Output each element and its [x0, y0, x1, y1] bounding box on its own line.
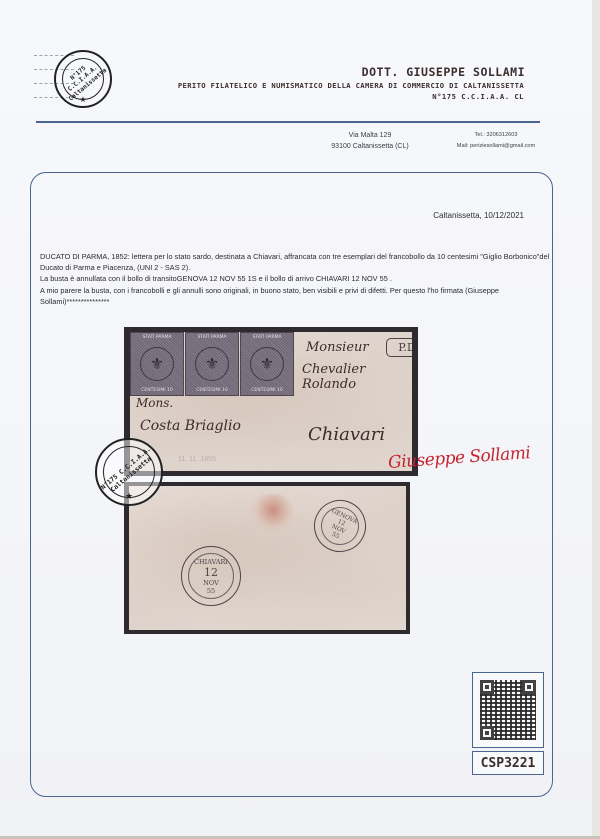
expert-title: PERITO FILATELICO E NUMISMATICO DELLA CA… [178, 81, 524, 90]
handwriting-line: Mons. [136, 396, 173, 410]
handwriting-line: Chevalier Rolando [302, 362, 412, 392]
expert-name: DOTT. GIUSEPPE SOLLAMI [362, 65, 525, 79]
fleur-de-lis-icon: ⚜ [250, 347, 284, 381]
faint-date-note: 11. 11. 1855 [178, 456, 216, 463]
address-street: Via Malta 129 [310, 130, 430, 141]
postage-stamp: STATI PARMA ⚜ CENTESIMI 10 [130, 332, 184, 396]
stamp-top-label: STATI PARMA [133, 334, 181, 341]
contact-phone: Tel.: 3206312603 [436, 130, 556, 141]
certificate-description: DUCATO DI PARMA, 1852: lettera per lo st… [40, 251, 552, 307]
header-divider [36, 121, 540, 123]
star-icon: ★ [125, 491, 133, 502]
contact-email: Mail: periziesollami@gmail.com [436, 141, 556, 152]
fleur-de-lis-icon: ⚜ [195, 347, 229, 381]
expert-registration: N°175 C.C.I.A.A. CL [432, 92, 524, 101]
place-date: Caltanissetta, 10/12/2021 [433, 211, 524, 220]
expert-seal-stamp: N°175 C.C.I.A.A. Caltanissetta ★ [54, 50, 112, 108]
certificate-code: CSP3221 [472, 751, 544, 775]
qr-finder [522, 680, 536, 694]
handwriting-line: Costa Briaglio [140, 418, 241, 434]
description-paragraph: La busta è annullata con il bollo di tra… [40, 273, 552, 284]
postmark-chiavari: CHIAVARI 12 NOV 55 [181, 546, 241, 606]
description-paragraph: A mio parere la busta, con i francobolli… [40, 285, 552, 307]
expert-address: Via Malta 129 93100 Caltanissetta (CL) [310, 130, 430, 152]
description-paragraph: DUCATO DI PARMA, 1852: lettera per lo st… [40, 251, 552, 273]
star-icon: ★ [79, 95, 86, 104]
wax-seal-remnant [249, 494, 293, 534]
expert-contact: Tel.: 3206312603 Mail: periziesollami@gm… [436, 130, 556, 152]
certificate-paper: N°175 C.C.I.A.A. Caltanissetta ★ DOTT. G… [0, 0, 592, 836]
postmark-day: 12 [337, 518, 347, 528]
stamp-bottom-label: CENTESIMI 10 [133, 387, 181, 394]
postmark-genova: GENOVA 12 NOV 55 [305, 491, 374, 560]
stamp-bottom-label: CENTESIMI 10 [188, 387, 236, 394]
postage-stamp: STATI PARMA ⚜ CENTESIMI 10 [240, 332, 294, 396]
postmark-month: NOV [203, 579, 219, 587]
envelope-back: GENOVA 12 NOV 55 CHIAVARI 12 NOV 55 [129, 486, 406, 630]
postage-stamp: STATI PARMA ⚜ CENTESIMI 10 [185, 332, 239, 396]
qr-code-box [472, 672, 544, 748]
postmark-year: 55 [207, 587, 215, 595]
stamp-top-label: STATI PARMA [243, 334, 291, 341]
envelope-photo-back: GENOVA 12 NOV 55 CHIAVARI 12 NOV 55 [124, 482, 410, 634]
qr-finder [480, 726, 494, 740]
address-city: 93100 Caltanissetta (CL) [310, 141, 430, 152]
handwriting-line: Chiavari [308, 424, 385, 445]
handwriting-line: Monsieur [306, 340, 369, 355]
postage-stamp-strip: STATI PARMA ⚜ CENTESIMI 10 STATI PARMA ⚜… [130, 332, 294, 396]
stamp-bottom-label: CENTESIMI 10 [243, 387, 291, 394]
qr-finder [480, 680, 494, 694]
postmark-city: CHIAVARI [194, 558, 228, 566]
postmark-year: 55 [331, 531, 341, 541]
postmark-month: NOV [331, 523, 347, 535]
fleur-de-lis-icon: ⚜ [140, 347, 174, 381]
stamp-top-label: STATI PARMA [188, 334, 236, 341]
pd-mark: P.D [386, 338, 412, 357]
postmark-city: GENOVA [330, 508, 358, 526]
postmark-day: 12 [204, 566, 218, 579]
expert-seal-stamp-on-photo: N°175 C.C.I.A.A. Caltanissetta ★ [95, 438, 163, 506]
envelope-front: STATI PARMA ⚜ CENTESIMI 10 STATI PARMA ⚜… [130, 332, 412, 471]
qr-code-icon [480, 680, 536, 740]
envelope-photo-front: STATI PARMA ⚜ CENTESIMI 10 STATI PARMA ⚜… [124, 327, 418, 476]
